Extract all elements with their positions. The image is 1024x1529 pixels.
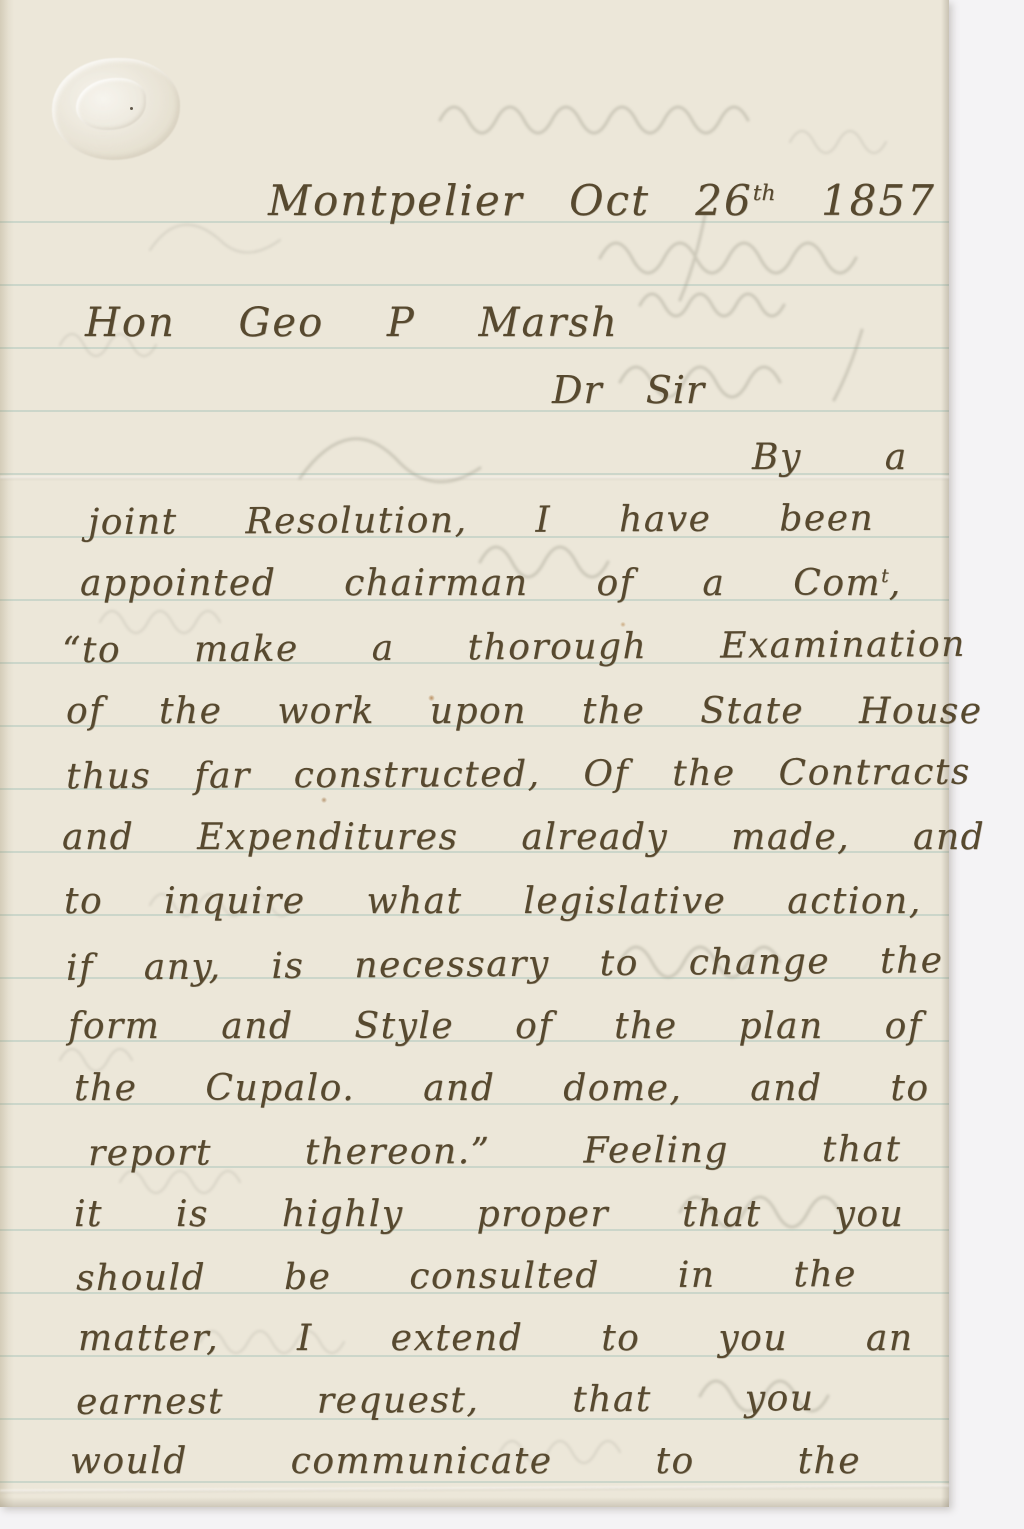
- letter-line: of the work upon the State House: [66, 691, 983, 732]
- letter-line-text: appointed chairman of a Com: [80, 563, 881, 604]
- dateline-year: 1857: [776, 176, 936, 225]
- fold-crease: [0, 1485, 949, 1494]
- letter-line-text: ,: [889, 563, 902, 604]
- paper-bottom-edge: [0, 1497, 949, 1507]
- letter-line: would communicate to the: [70, 1441, 861, 1482]
- dateline: Montpelier Oct 26th 1857: [268, 176, 936, 225]
- letter-line: earnest request, that you: [76, 1378, 815, 1423]
- letter-line: matter, I extend to you an: [78, 1318, 914, 1359]
- letter-line: appointed chairman of a Comt,: [80, 563, 902, 604]
- letter-line: the Cupalo. and dome, and to: [74, 1068, 930, 1109]
- letter-line: and Expenditures already made, and: [62, 817, 985, 858]
- letter-scan: Montpelier Oct 26th 1857 Hon Geo P Marsh…: [0, 0, 1024, 1529]
- letter-line: report thereon.” Feeling that: [88, 1129, 902, 1174]
- foxing-stain: [321, 797, 327, 803]
- salutation-line: Dr Sir: [552, 368, 705, 412]
- paper-left-edge: [0, 0, 14, 1507]
- letter-line: thus far constructed, Of the Contracts: [66, 752, 971, 798]
- dateline-place-date: Montpelier Oct 26: [268, 176, 753, 225]
- ruled-lines: [0, 160, 949, 1490]
- letter-line: it is highly proper that you: [74, 1194, 904, 1235]
- letter-line: By a: [752, 437, 908, 478]
- fold-crease: [0, 476, 949, 480]
- letter-line: “to make a thorough Examination: [62, 624, 966, 671]
- recipient-line: Hon Geo P Marsh: [85, 300, 619, 346]
- paper-right-edge: [941, 0, 949, 1507]
- letter-line: joint Resolution, I have been: [88, 498, 874, 543]
- foxing-stain: [620, 622, 626, 627]
- letter-paper: Montpelier Oct 26th 1857 Hon Geo P Marsh…: [0, 0, 949, 1507]
- letter-line: if any, is necessary to change the: [66, 940, 944, 989]
- embossed-seal: [52, 58, 180, 160]
- letter-line: form and Style of the plan of: [68, 1006, 923, 1047]
- foxing-stain: [428, 695, 435, 701]
- embossed-seal-relief: [76, 78, 146, 130]
- letter-line: should be consulted in the: [76, 1254, 857, 1299]
- dateline-ordinal: th: [753, 181, 776, 206]
- letter-line: to inquire what legislative action,: [64, 881, 922, 922]
- bleedthrough-writing: [0, 0, 949, 1507]
- letter-line-superscript: t: [881, 566, 889, 587]
- paper-speck: [130, 107, 133, 110]
